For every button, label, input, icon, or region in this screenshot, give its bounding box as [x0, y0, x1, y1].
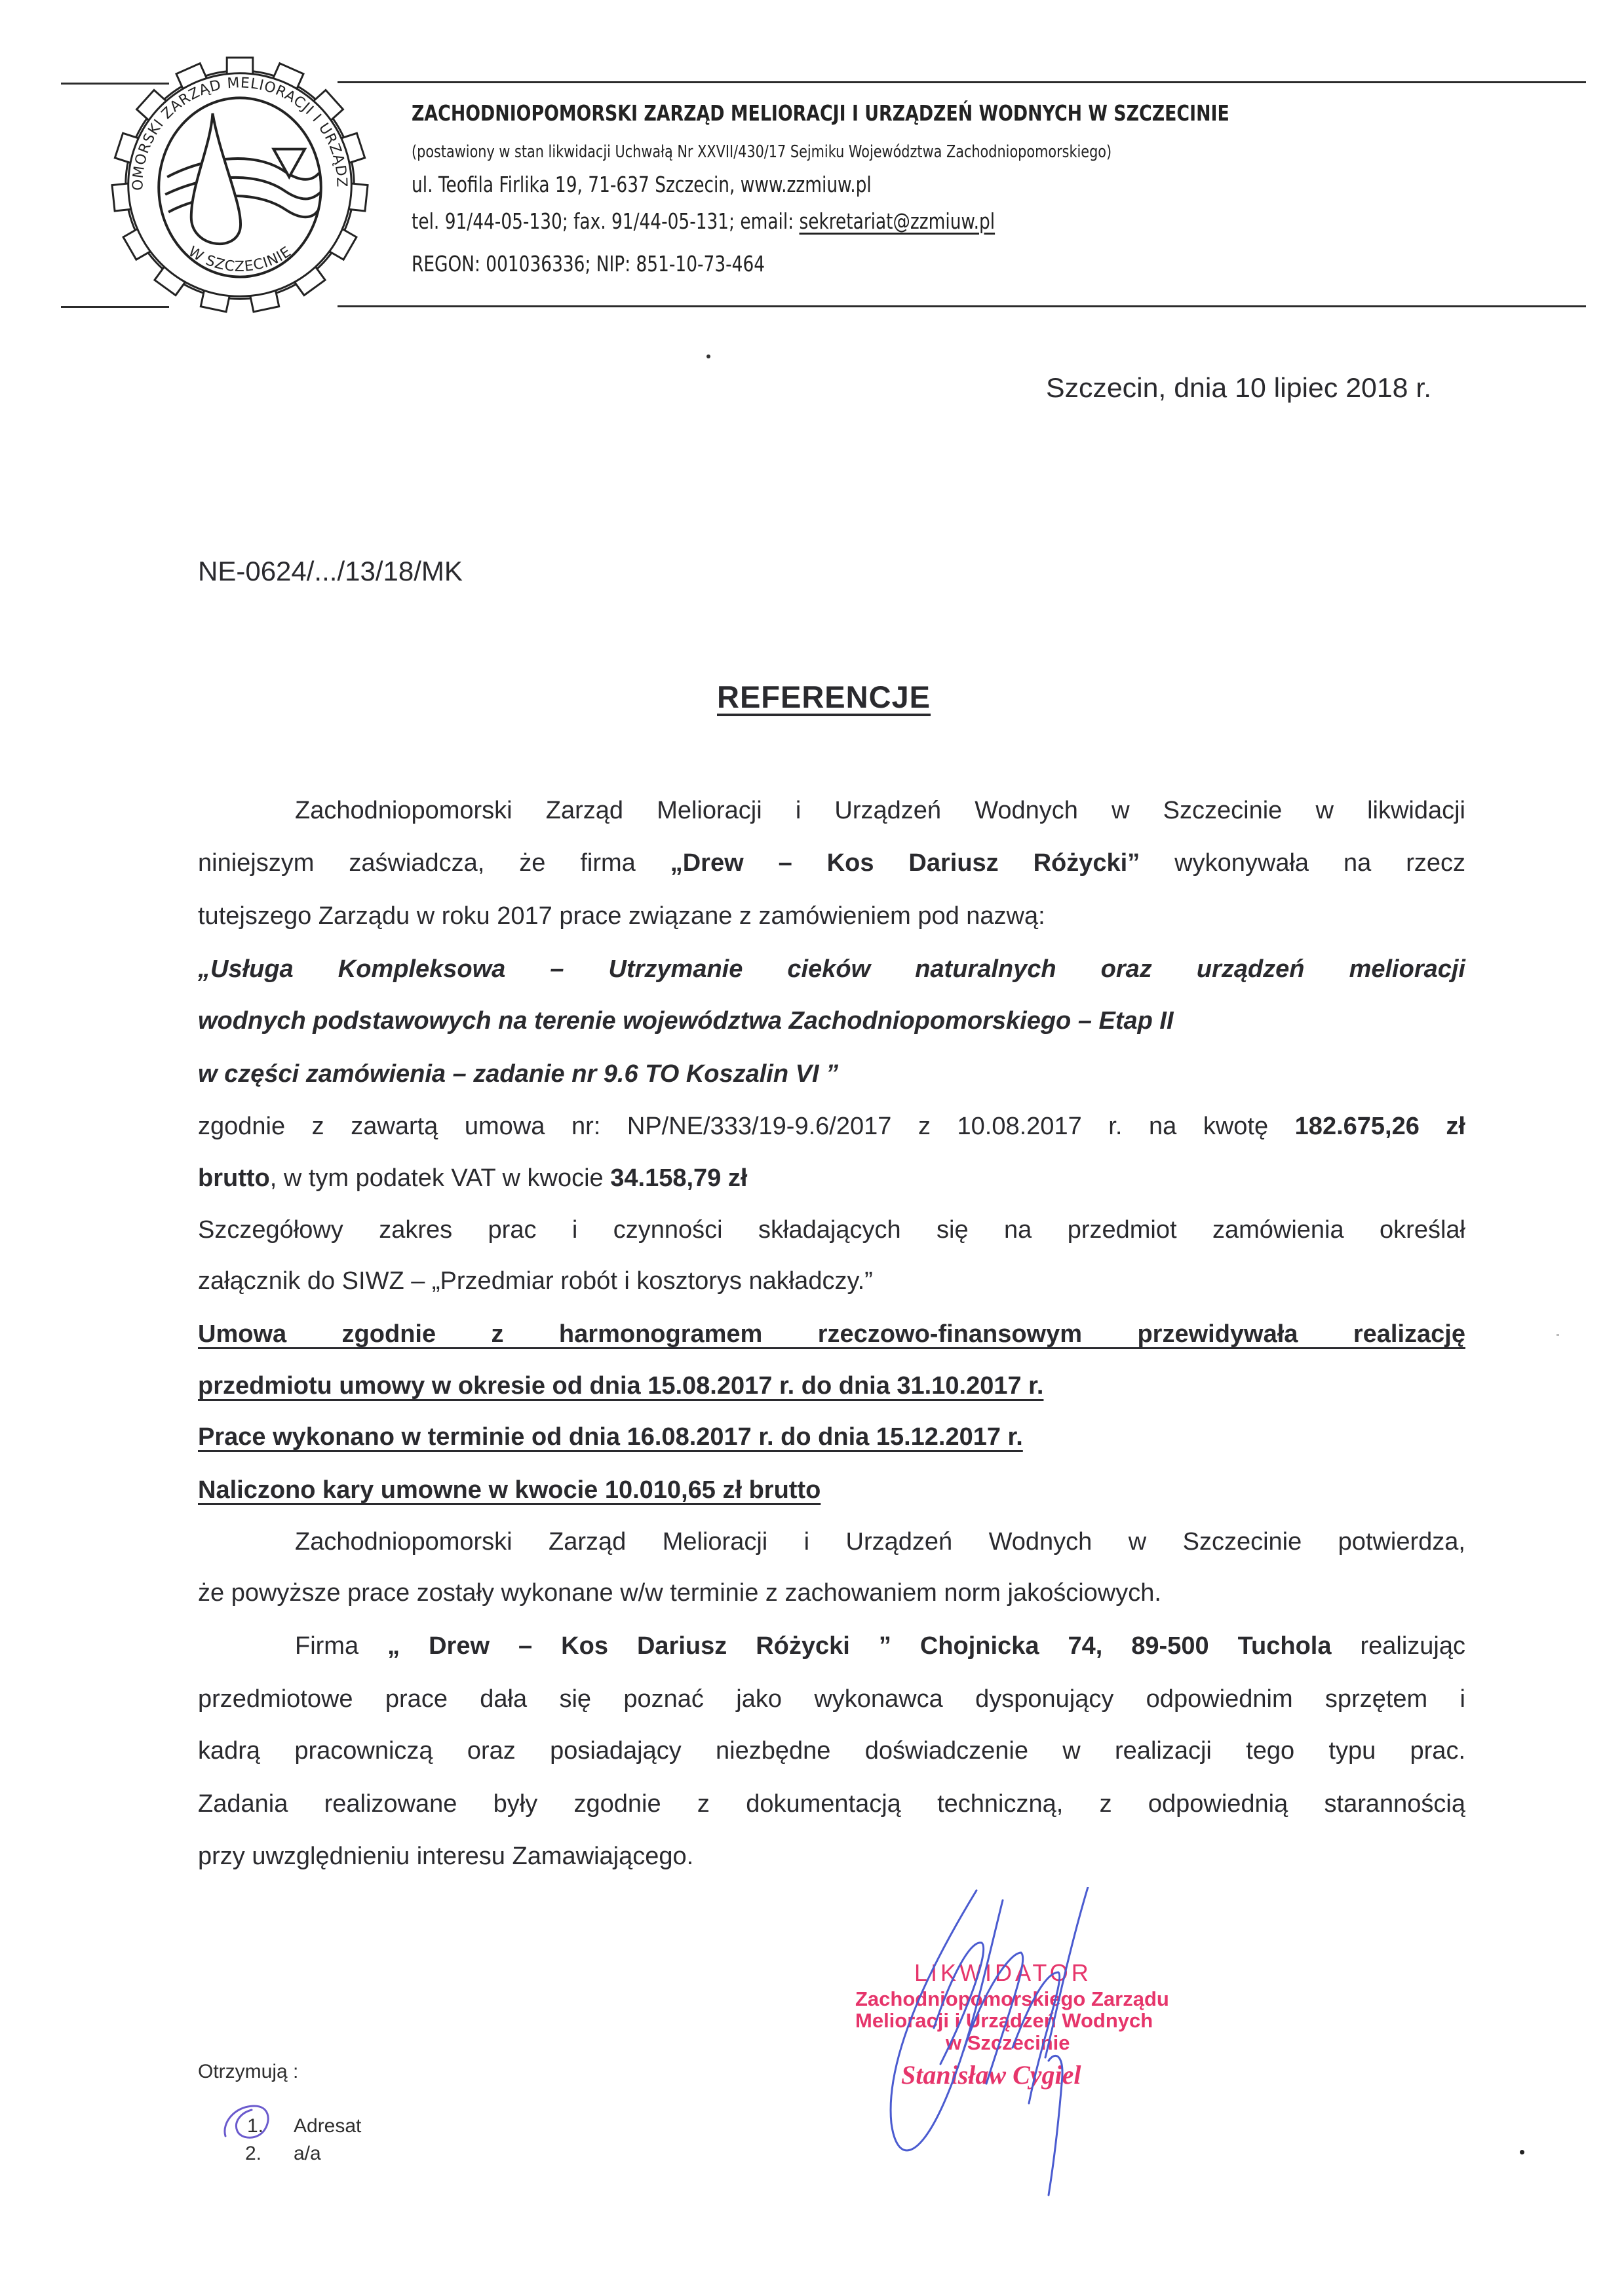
organization-name: ZACHODNIOPOMORSKI ZARZĄD MELIORACJI I UR… [412, 100, 1229, 126]
gear-water-drop-logo-icon: ZACHODNIOPOMORSKI ZARZĄD MELIORACJI I UR… [110, 55, 370, 315]
schedule-line: Umowa zgodnie z harmonogramem rzeczowo-f… [198, 1308, 1465, 1360]
text-span: przedmiotu umowy w okresie od dnia 15.08… [198, 1372, 1043, 1400]
body-line: kadrą pracowniczą oraz posiadający niezb… [198, 1725, 1465, 1777]
contractor-address: „ Drew – Kos Dariusz Różycki ” Chojnicka… [387, 1632, 1331, 1660]
body-line: tutejszego Zarządu w roku 2017 prace zwi… [198, 890, 1465, 942]
distribution-label: Otrzymują : [198, 2061, 298, 2083]
body-line: Zachodniopomorski Zarząd Melioracji i Ur… [198, 784, 1465, 837]
scan-speck [1556, 1334, 1559, 1336]
distribution-item-number: 2. [245, 2143, 261, 2165]
header-top-rule-right [338, 81, 1586, 83]
schedule-line: przedmiotu umowy w okresie od dnia 15.08… [198, 1360, 1465, 1412]
distribution-item-number: 1. [247, 2115, 263, 2137]
contract-title-line: w części zamówienia – zadanie nr 9.6 TO … [198, 1048, 1465, 1100]
phone-fax: tel. 91/44-05-130; fax. 91/44-05-131; em… [412, 208, 799, 234]
text-span: realizując [1331, 1632, 1465, 1660]
text-span: brutto [198, 1164, 270, 1192]
contact-line: tel. 91/44-05-130; fax. 91/44-05-131; em… [412, 208, 995, 234]
contract-title-line: „Usługa Kompleksowa – Utrzymanie cieków … [198, 943, 1465, 995]
vat-amount: 34.158,79 zł [610, 1164, 747, 1192]
penalty-line: Naliczono kary umowne w kwocie 10.010,65… [198, 1464, 1465, 1516]
text-span: , w tym podatek VAT w kwocie [270, 1164, 611, 1192]
completion-line: Prace wykonano w terminie od dnia 16.08.… [198, 1411, 1465, 1463]
header-bottom-rule-right [338, 305, 1586, 307]
text-span: wykonywała na rzecz [1140, 849, 1465, 877]
email-link[interactable]: sekretariat@zzmiuw.pl [799, 208, 995, 234]
handwritten-signature-icon [872, 1887, 1147, 2208]
registry-numbers: REGON: 001036336; NIP: 851-10-73-464 [412, 251, 765, 277]
contract-amount: 182.675,26 zł [1295, 1113, 1465, 1140]
text-span: zgodnie z zawartą umowa nr: NP/NE/333/19… [198, 1113, 1295, 1140]
body-line: brutto, w tym podatek VAT w kwocie 34.15… [198, 1152, 1465, 1204]
body-line: Zachodniopomorski Zarząd Melioracji i Ur… [198, 1516, 1465, 1568]
body-line: załącznik do SIWZ – „Przedmiar robót i k… [198, 1255, 1465, 1307]
contractor-name: „Drew – Kos Dariusz Różycki” [670, 849, 1140, 877]
body-line: Szczegółowy zakres prac i czynności skła… [198, 1204, 1465, 1256]
body-line: przy uwzględnieniu interesu Zamawiająceg… [198, 1830, 1465, 1883]
text-span: Naliczono kary umowne w kwocie 10.010,65… [198, 1476, 821, 1504]
distribution-item-text: a/a [294, 2143, 321, 2165]
reference-number: NE-0624/.../13/18/MK [198, 556, 463, 587]
distribution-item-text: Adresat [294, 2115, 361, 2137]
scan-speck [1520, 2150, 1524, 2154]
body-line: niniejszym zaświadcza, że firma „Drew – … [198, 837, 1465, 889]
body-line: Zadania realizowane były zgodnie z dokum… [198, 1778, 1465, 1830]
date-line: Szczecin, dnia 10 lipiec 2018 r. [1046, 372, 1431, 404]
document-title: REFERENCJE [717, 679, 931, 715]
text-span: Prace wykonano w terminie od dnia 16.08.… [198, 1423, 1023, 1451]
text-span: Firma [295, 1632, 387, 1660]
organization-address: ul. Teofila Firlika 19, 71-637 Szczecin,… [412, 172, 872, 197]
contract-title-line: wodnych podstawowych na terenie wojewódz… [198, 995, 1465, 1047]
body-line: Firma „ Drew – Kos Dariusz Różycki ” Cho… [198, 1620, 1465, 1672]
scan-speck [706, 354, 710, 358]
text-span: niniejszym zaświadcza, że firma [198, 849, 670, 877]
body-line: że powyższe prace zostały wykonane w/w t… [198, 1567, 1465, 1619]
liquidation-note: (postawiony w stan likwidacji Uchwałą Nr… [412, 142, 1112, 162]
body-line: zgodnie z zawartą umowa nr: NP/NE/333/19… [198, 1100, 1465, 1153]
body-line: przedmiotowe prace dała się poznać jako … [198, 1673, 1465, 1725]
